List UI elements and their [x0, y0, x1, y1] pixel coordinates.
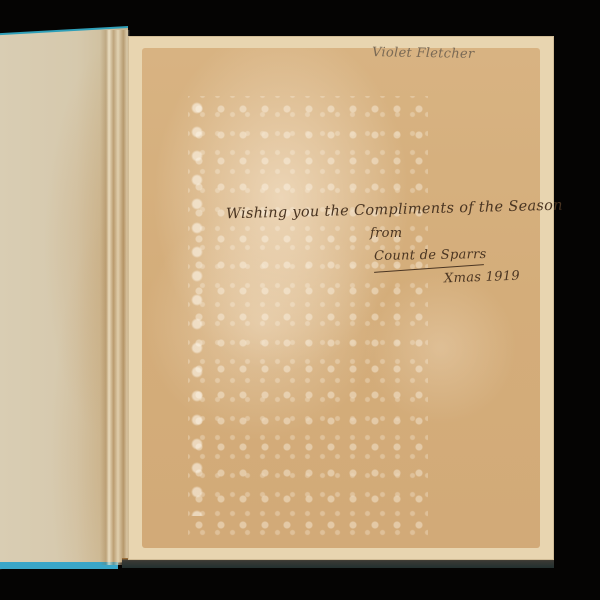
inscription-from: from: [370, 226, 402, 241]
endpaper-page: Violet Fletcher Wishing you the Complime…: [128, 36, 554, 560]
inscription-signature: Count de Sparrs: [374, 247, 487, 264]
foxing-speckle-column: [188, 96, 206, 516]
book-hinge: [100, 30, 130, 565]
foxing-speckles: [188, 96, 428, 536]
inscription-date: Xmas 1919: [444, 269, 520, 287]
owner-name-inscription: Violet Fletcher: [372, 45, 475, 62]
photo-scene: Violet Fletcher Wishing you the Complime…: [0, 0, 600, 600]
